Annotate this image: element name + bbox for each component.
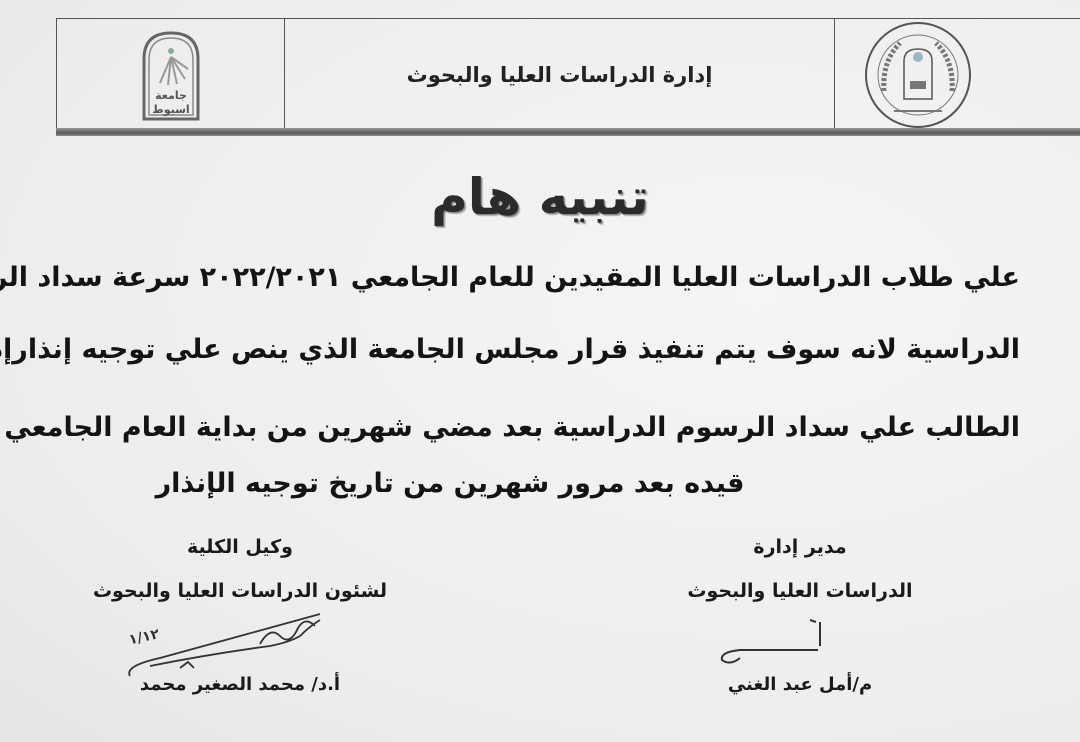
assiut-university-logo-icon: جامعة اسيوط bbox=[140, 29, 202, 121]
department-title-cell: إدارة الدراسات العليا والبحوث bbox=[284, 19, 834, 131]
letterhead-divider bbox=[56, 128, 1080, 136]
signatory-title: مدير إدارة bbox=[640, 536, 960, 558]
document-page: جامعة اسيوط إدارة الدراسات العليا والبحو… bbox=[0, 0, 1080, 742]
letterhead: جامعة اسيوط إدارة الدراسات العليا والبحو… bbox=[56, 18, 1080, 131]
notice-line-1: علي طلاب الدراسات العليا المقيدين للعام … bbox=[0, 262, 1020, 293]
notice-title: تنبيه هام bbox=[0, 168, 1080, 226]
signatory-vice-dean: وكيل الكلية لشئون الدراسات العليا والبحو… bbox=[60, 536, 420, 602]
signatory-name: م/أمل عبد الغني bbox=[640, 674, 960, 695]
faculty-seal-cell bbox=[834, 19, 1080, 131]
faculty-seal-icon bbox=[864, 21, 972, 129]
signatory-subtitle: لشئون الدراسات العليا والبحوث bbox=[60, 580, 420, 602]
notice-line-3: الطالب علي سداد الرسوم الدراسية بعد مضي … bbox=[0, 412, 1020, 443]
signatory-title: وكيل الكلية bbox=[60, 536, 420, 558]
department-title: إدارة الدراسات العليا والبحوث bbox=[407, 63, 713, 87]
signatory-director: مدير إدارة الدراسات العليا والبحوث م/أمل… bbox=[640, 536, 960, 602]
signatory-name: أ.د/ محمد الصغير محمد bbox=[60, 674, 420, 695]
svg-text:اسيوط: اسيوط bbox=[152, 103, 189, 116]
signature-mark bbox=[700, 616, 840, 666]
notice-line-2: الدراسية لانه سوف يتم تنفيذ قرار مجلس ال… bbox=[0, 334, 1020, 365]
svg-text:جامعة: جامعة bbox=[155, 89, 187, 102]
notice-line-4: قيده بعد مرور شهرين من تاريخ توجيه الإنذ… bbox=[0, 468, 1080, 499]
signatory-subtitle: الدراسات العليا والبحوث bbox=[640, 580, 960, 602]
svg-text:١/١٢: ١/١٢ bbox=[127, 626, 161, 648]
university-logo-cell: جامعة اسيوط bbox=[56, 19, 284, 131]
